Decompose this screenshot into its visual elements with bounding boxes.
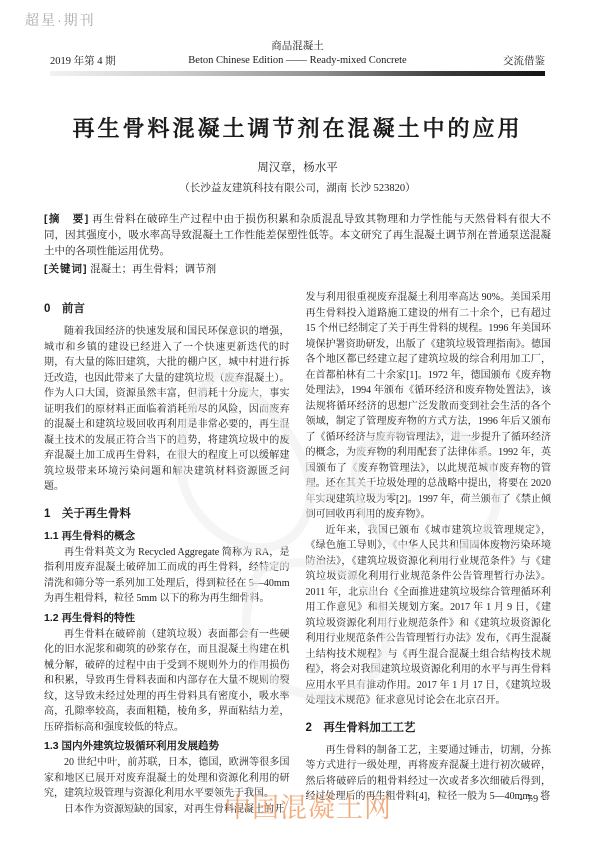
page-number: - 79 - bbox=[519, 794, 547, 805]
section-heading: 1.3 国内外建筑垃圾循环利用发展趋势 bbox=[44, 739, 290, 753]
left-column: 0 前言随着我国经济的快速发展和国民环保意识的增强，城市和乡镇的建设已经进入了一… bbox=[44, 290, 290, 817]
abstract: [摘 要] 再生骨料在破碎生产过程中由于损伤积累和杂质混乱导致其物理和力学性能与… bbox=[44, 211, 551, 260]
masthead: 2019 年第 4 期 商品混凝土 Beton Chinese Edition … bbox=[50, 40, 545, 68]
keywords: [关键词] 混凝土；再生骨料；调节剂 bbox=[44, 261, 551, 278]
section-heading: 1.1 再生骨料的概念 bbox=[44, 529, 290, 543]
journal-title-en: Beton Chinese Edition —— Ready-mixed Con… bbox=[188, 54, 406, 68]
header-gradient-rule bbox=[50, 71, 545, 76]
journal-page: 超星·期刊 2019 年第 4 期 商品混凝土 Beton Chinese Ed… bbox=[0, 0, 595, 841]
article-authors: 周汉章，杨水平 bbox=[0, 159, 595, 175]
keywords-text: 混凝土；再生骨料；调节剂 bbox=[90, 264, 216, 275]
issue-label: 2019 年第 4 期 bbox=[50, 53, 188, 68]
section-heading: 2 再生骨料加工工艺 bbox=[306, 721, 552, 735]
paragraph: 近年来，我国已颁布《城市建筑垃圾管理规定》，《绿色施工导则》，《中华人民共和国固… bbox=[306, 523, 552, 709]
section-heading: 1 关于再生骨料 bbox=[44, 507, 290, 521]
keywords-label: [关键词] bbox=[44, 263, 88, 275]
journal-title-block: 商品混凝土 Beton Chinese Edition —— Ready-mix… bbox=[188, 40, 406, 68]
paragraph: 随着我国经济的快速发展和国民环保意识的增强，城市和乡镇的建设已经进入了一个快速更… bbox=[44, 324, 290, 495]
section-heading: 1.2 再生骨料的特性 bbox=[44, 611, 290, 625]
article-affiliation: （长沙益友建筑科技有限公司，湖南 长沙 523820） bbox=[0, 180, 595, 195]
paragraph: 再生骨料在破碎前（建筑垃圾）表面都会有一些硬化的旧水泥浆和砌筑的砂浆存在，而且混… bbox=[44, 627, 290, 736]
section-heading: 0 前言 bbox=[44, 302, 290, 316]
paragraph: 再生骨料的制备工艺，主要通过锤击，切割，分拣等方式进行一级处理，再将废弃混凝土进… bbox=[306, 743, 552, 805]
abstract-text: 再生骨料在破碎生产过程中由于损伤积累和杂质混乱导致其物理和力学性能与天然骨料有很… bbox=[44, 214, 551, 257]
paragraph: 20 世纪中叶，前苏联，日本，德国，欧洲等很多国家和地区已展开对废弃混凝土的处理… bbox=[44, 755, 290, 802]
right-column: 发与利用很重视废弃混凝土利用率高达 90%。美国采用再生骨料投入道路施工建设的州… bbox=[306, 290, 552, 817]
article-body: 0 前言随着我国经济的快速发展和国民环保意识的增强，城市和乡镇的建设已经进入了一… bbox=[44, 290, 551, 817]
paragraph: 日本作为资源短缺的国家，对再生骨料混凝土的开 bbox=[44, 802, 290, 818]
section-label: 交流借鉴 bbox=[407, 53, 545, 68]
article-title: 再生骨料混凝土调节剂在混凝土中的应用 bbox=[30, 112, 565, 143]
paragraph: 再生骨料英文为 Recycled Aggregate 简称为 RA，是指利用废弃… bbox=[44, 545, 290, 607]
abstract-label: [摘 要] bbox=[44, 213, 89, 225]
platform-brand: 超星·期刊 bbox=[25, 10, 96, 30]
paragraph: 发与利用很重视废弃混凝土利用率高达 90%。美国采用再生骨料投入道路施工建设的州… bbox=[306, 290, 552, 523]
journal-title-cn: 商品混凝土 bbox=[188, 40, 406, 54]
